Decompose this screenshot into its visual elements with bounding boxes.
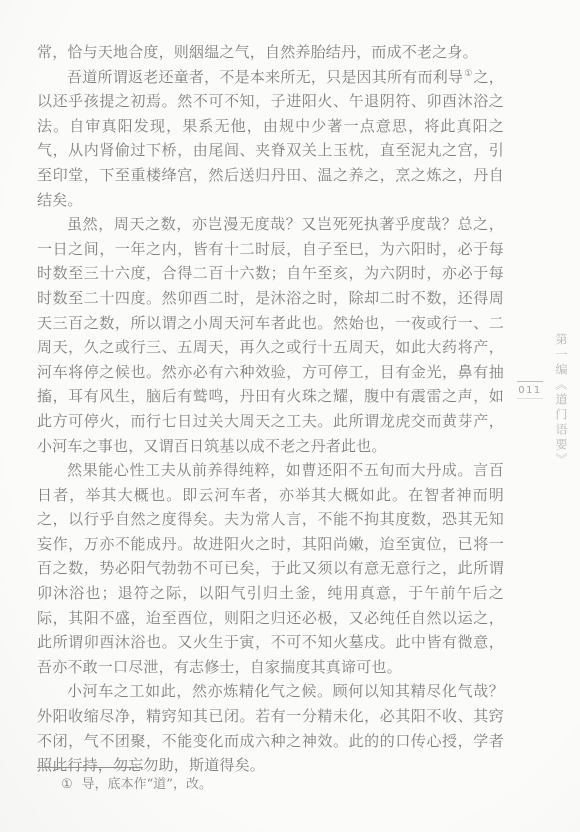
paragraph-5: 小河车之工如此，然亦炼精化气之候。顾何以知其精尽化气哉？外阳收缩尽净，精窍知其已… [37,679,504,777]
paragraph-2-text-before: 吾道所谓返老还童者，不是本来所无，只是因其所有而利导 [67,68,463,86]
page-number-badge: 011 [517,381,543,399]
paragraph-2: 吾道所谓返老还童者，不是本来所无，只是因其所有而利导①之，以还乎孩提之初焉。然不… [37,65,504,213]
paragraph-continuation: 常，恰与天地合度，则絪缊之气，自然养胎结丹，而成不老之身。 [37,40,504,65]
paragraph-3: 虽然，周天之数，亦岂漫无度哉？又岂死死执著乎度哉？总之，一日之间，一年之内，皆有… [37,212,504,458]
book-page: 常，恰与天地合度，则絪缊之气，自然养胎结丹，而成不老之身。 吾道所谓返老还童者，… [0,0,580,832]
footnote-area: ①导，底本作“道”，改。 [37,767,504,794]
body-text-block: 常，恰与天地合度，则絪缊之气，自然养胎结丹，而成不老之身。 吾道所谓返老还童者，… [37,40,504,778]
footnote-marker: ① [61,777,73,792]
footnote-reference-1: ① [463,69,473,79]
edition-title-vertical-label: 第一编《道门语要》 [553,333,570,483]
paragraph-4: 然果能心性工夫从前养得纯粹，如曹还阳不五旬而大丹成。言百日者，举其大概也。即云河… [37,458,504,679]
footnote-text: 导，底本作“道”，改。 [82,777,212,792]
footnote-divider [37,767,143,768]
paragraph-2-text-after: 之，以还乎孩提之初焉。然不可不知，子进阳火、午退阴符、卯酉沐浴之法。自审真阳发现… [37,68,504,209]
footnote-text-line: ①导，底本作“道”，改。 [37,776,504,794]
